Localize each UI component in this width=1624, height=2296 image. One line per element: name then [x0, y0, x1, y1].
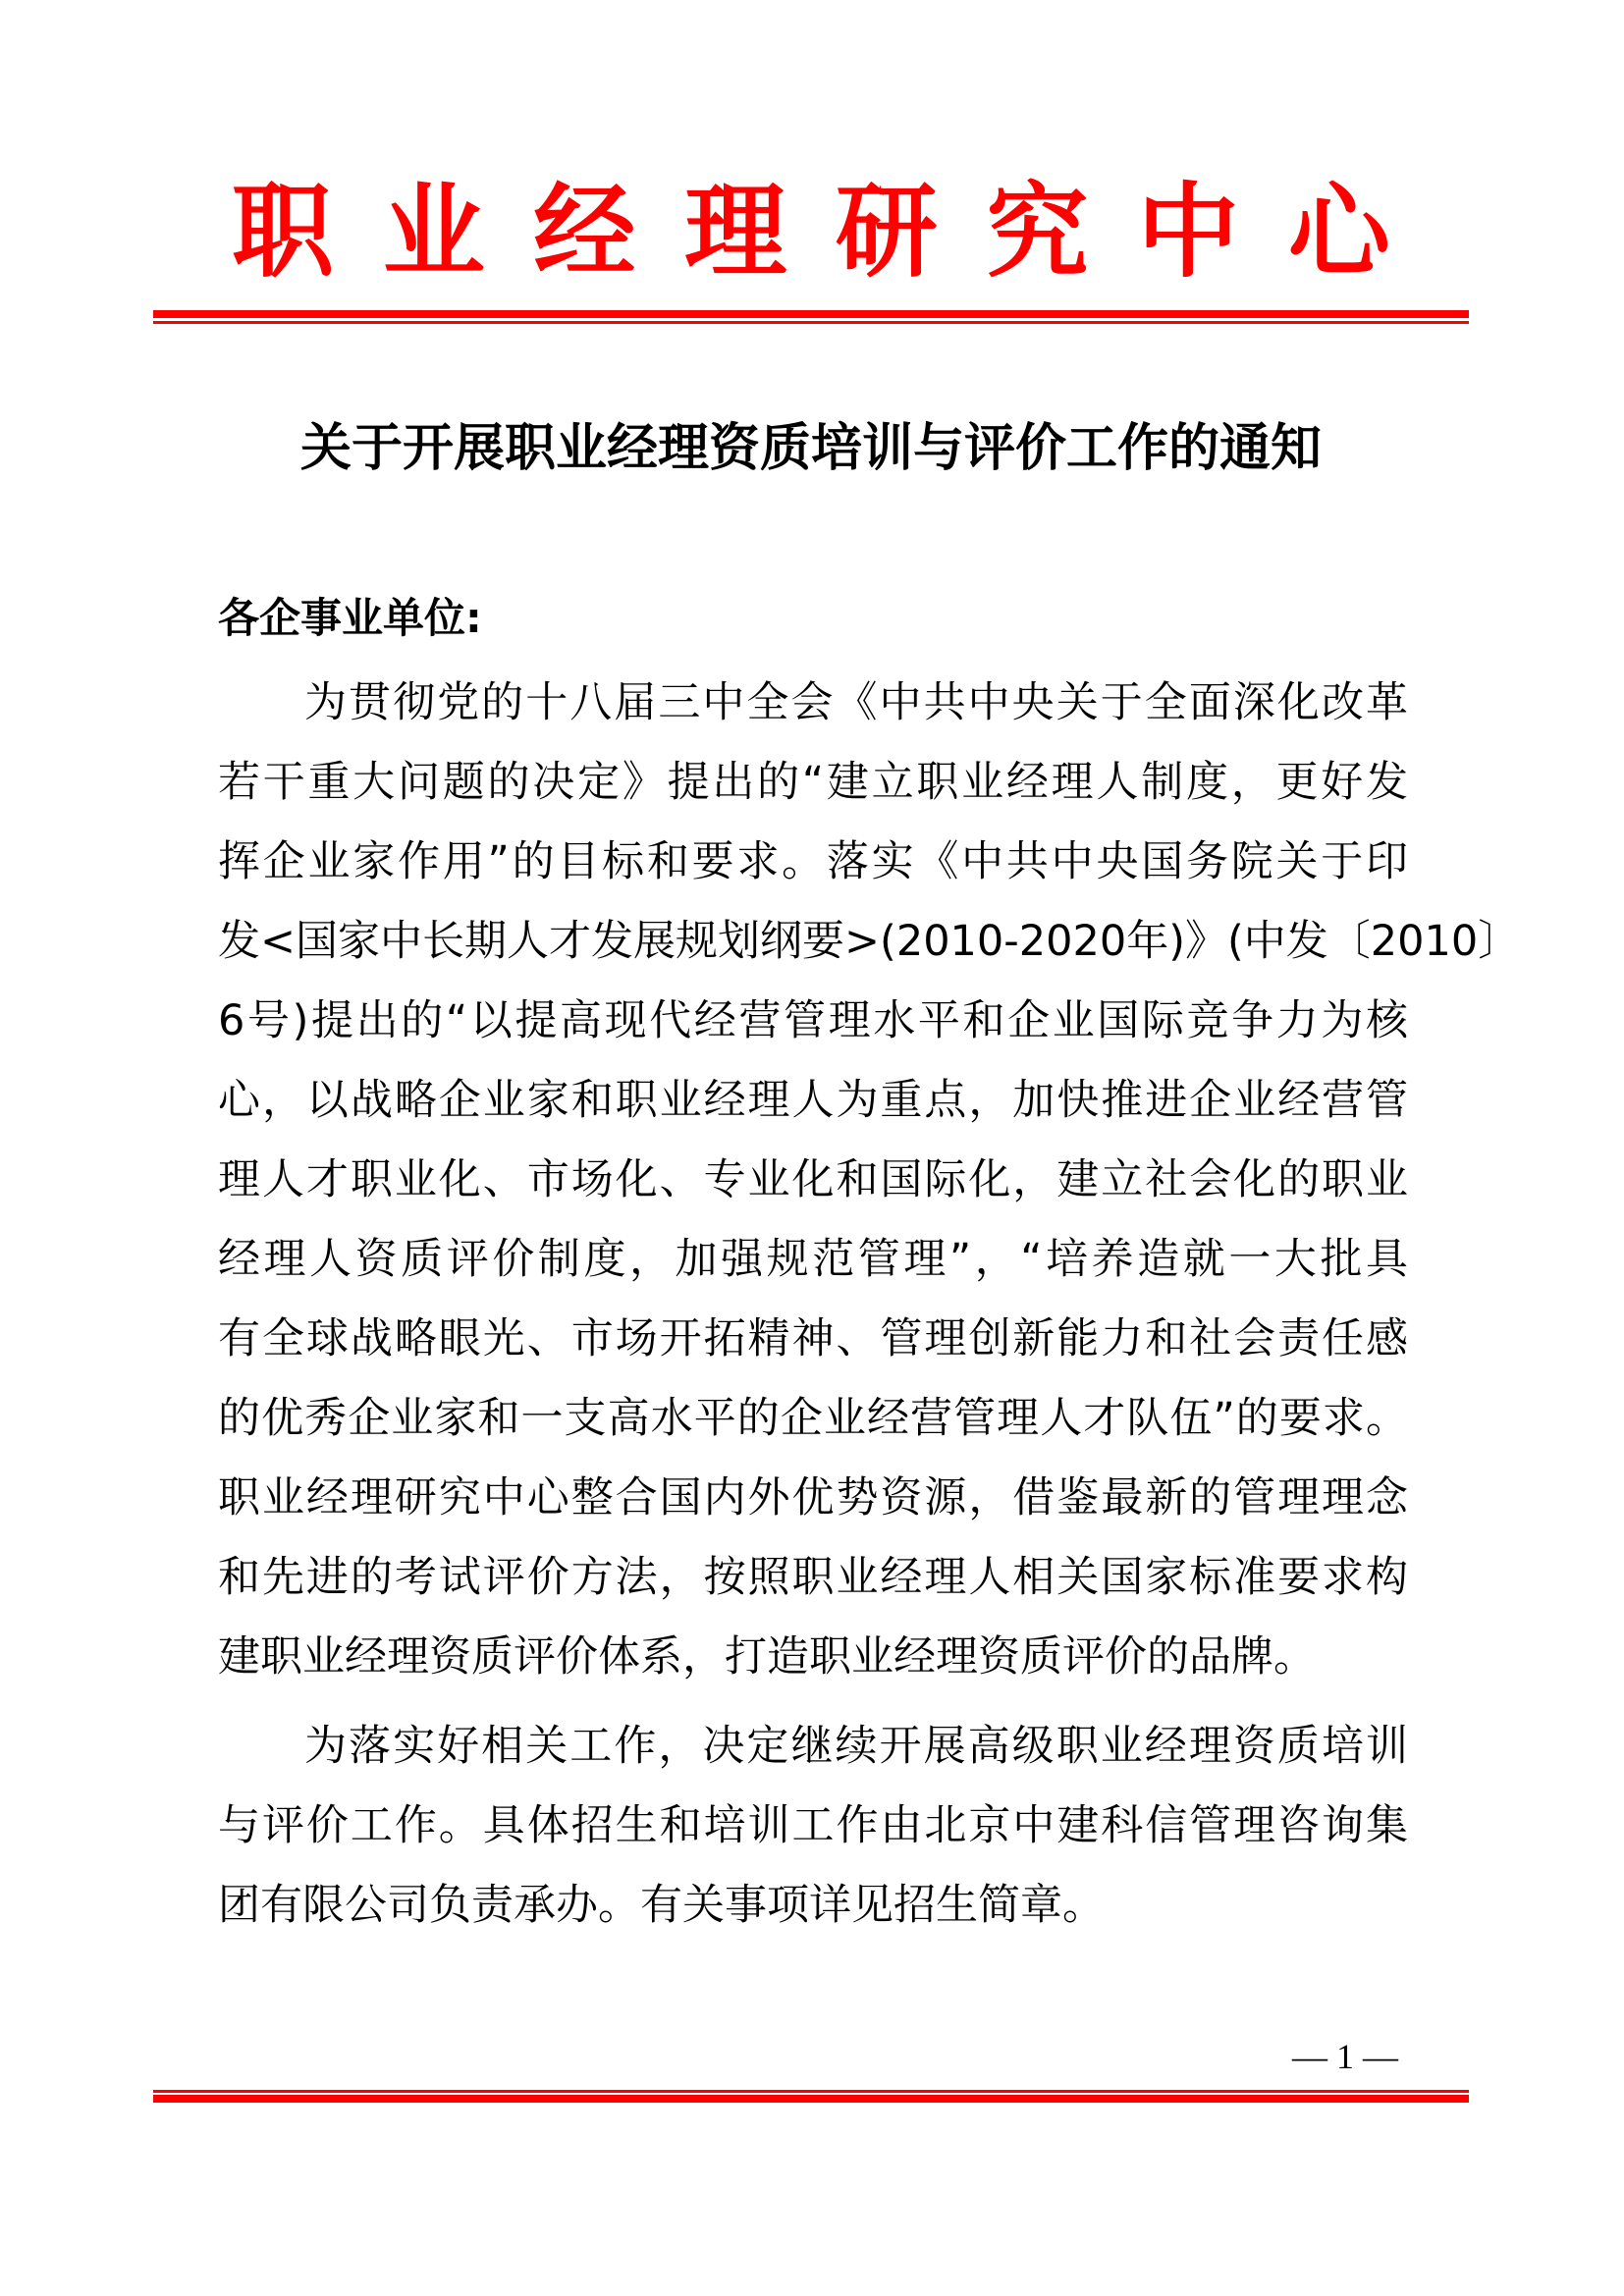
- body-line: 团有限公司负责承办。有关事项详见招生简章。: [218, 1876, 1408, 1955]
- document-body: 为贯彻党的十八届三中全会《中共中央关于全面深化改革 若干重大问题的决定》提出的“…: [218, 673, 1408, 1955]
- paragraph: 为落实好相关工作，决定继续开展高级职业经理资质培训 与评价工作。具体招生和培训工…: [218, 1717, 1408, 1955]
- body-line: 发<国家中长期人才发展规划纲要>(2010-2020年)》(中发〔2010〕: [218, 912, 1408, 991]
- masthead-char: 研: [836, 173, 938, 291]
- body-line: 和先进的考试评价方法，按照职业经理人相关国家标准要求构: [218, 1548, 1408, 1628]
- paragraph: 为贯彻党的十八届三中全会《中共中央关于全面深化改革 若干重大问题的决定》提出的“…: [218, 673, 1408, 1707]
- body-line: 为贯彻党的十八届三中全会《中共中央关于全面深化改革: [218, 673, 1408, 753]
- footer-rule-thick: [153, 2095, 1469, 2103]
- header-rule-thick: [153, 310, 1469, 318]
- masthead-char: 心: [1288, 173, 1390, 291]
- footer-rule-thin: [153, 2090, 1469, 2093]
- body-line: 建职业经理资质评价体系，打造职业经理资质评价的品牌。: [218, 1628, 1408, 1707]
- masthead-char: 究: [987, 173, 1089, 291]
- body-line: 为落实好相关工作，决定继续开展高级职业经理资质培训: [218, 1717, 1408, 1796]
- masthead-char: 理: [684, 173, 786, 291]
- masthead-char: 业: [383, 173, 485, 291]
- document-page: 职 业 经 理 研 究 中 心 关于开展职业经理资质培训与评价工作的通知 各企事…: [0, 0, 1624, 2296]
- body-line: 6号)提出的“以提高现代经营管理水平和企业国际竞争力为核: [218, 991, 1408, 1071]
- body-line: 职业经理研究中心整合国内外优势资源，借鉴最新的管理理念: [218, 1468, 1408, 1548]
- body-line: 的优秀企业家和一支高水平的企业经营管理人才队伍”的要求。: [218, 1389, 1408, 1468]
- body-line: 与评价工作。具体招生和培训工作由北京中建科信管理咨询集: [218, 1796, 1408, 1876]
- masthead-char: 中: [1137, 173, 1239, 291]
- header-rule-thin: [153, 321, 1469, 324]
- masthead-char: 经: [533, 173, 635, 291]
- paragraph-gap: [218, 1707, 1408, 1717]
- body-line: 心，以战略企业家和职业经理人为重点，加快推进企业经营管: [218, 1071, 1408, 1150]
- body-line: 经理人资质评价制度，加强规范管理”，“培养造就一大批具: [218, 1230, 1408, 1309]
- salutation: 各企事业单位:: [218, 589, 482, 648]
- masthead-char: 职: [232, 173, 334, 291]
- document-title: 关于开展职业经理资质培训与评价工作的通知: [153, 414, 1469, 483]
- body-line: 挥企业家作用”的目标和要求。落实《中共中央国务院关于印: [218, 832, 1408, 912]
- page-number: — 1 —: [1267, 2032, 1424, 2081]
- body-line: 理人才职业化、市场化、专业化和国际化，建立社会化的职业: [218, 1150, 1408, 1230]
- body-line: 有全球战略眼光、市场开拓精神、管理创新能力和社会责任感: [218, 1309, 1408, 1389]
- body-line: 若干重大问题的决定》提出的“建立职业经理人制度，更好发: [218, 753, 1408, 832]
- masthead-title: 职 业 经 理 研 究 中 心: [153, 173, 1469, 291]
